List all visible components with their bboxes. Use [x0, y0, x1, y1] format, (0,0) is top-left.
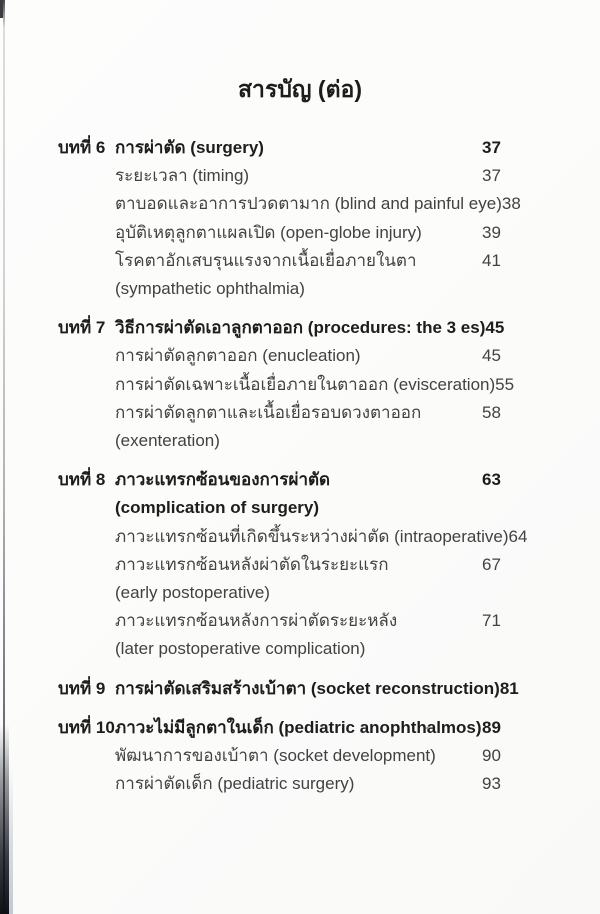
entry-title: อุบัติเหตุลูกตาแผลเปิด (open-globe injur… [115, 219, 482, 247]
page-number: 81 [500, 675, 532, 703]
toc-row: (exenteration) [0, 427, 600, 455]
entry-title: ภาวะแทรกซ้อนของการผ่าตัด [115, 466, 482, 494]
scan-speck [426, 727, 429, 729]
page-number: 38 [502, 190, 534, 218]
page-number: 39 [482, 219, 514, 247]
toc-row: บทที่ 8 ภาวะแทรกซ้อนของการผ่าตัด 63 [0, 466, 600, 494]
entry-title: วิธีการผ่าตัดเอาลูกตาออก (procedures: th… [115, 314, 485, 342]
entry-title: (exenteration) [115, 427, 482, 455]
toc-row: (complication of surgery) [0, 494, 600, 522]
page-number: 89 [482, 714, 514, 742]
toc-row: ระยะเวลา (timing) 37 [0, 162, 600, 190]
page-number: 37 [482, 134, 514, 162]
chapter-label: บทที่ 7 [58, 314, 115, 342]
entry-title: การผ่าตัดเฉพาะเนื้อเยื่อภายในตาออก (evis… [115, 371, 495, 399]
entry-title: การผ่าตัดลูกตาออก (enucleation) [115, 342, 482, 370]
toc-row: การผ่าตัดลูกตาออก (enucleation) 45 [0, 342, 600, 370]
page-number: 67 [482, 551, 514, 579]
toc-row: (early postoperative) [0, 579, 600, 607]
page-number: 93 [482, 770, 514, 798]
page-number: 37 [482, 162, 514, 190]
book-binding-shadow-bottom [0, 724, 9, 914]
entry-title: โรคตาอักเสบรุนแรงจากเนื้อเยื่อภายในตา [115, 247, 482, 275]
scan-speck [417, 688, 420, 690]
chapter-label: บทที่ 8 [58, 466, 115, 494]
chapter-label: บทที่ 6 [58, 134, 115, 162]
entry-title: ภาวะแทรกซ้อนหลังการผ่าตัดระยะหลัง [115, 607, 482, 635]
page-number: 63 [482, 466, 514, 494]
entry-title: ภาวะแทรกซ้อนหลังผ่าตัดในระยะแรก [115, 551, 482, 579]
toc-row: ภาวะแทรกซ้อนหลังการผ่าตัดระยะหลัง 71 [0, 607, 600, 635]
page-number: 45 [485, 314, 517, 342]
toc-row: ภาวะแทรกซ้อนหลังผ่าตัดในระยะแรก 67 [0, 551, 600, 579]
toc-row: บทที่ 10 ภาวะไม่มีลูกตาในเด็ก (pediatric… [0, 714, 600, 742]
toc-row: บทที่ 6 การผ่าตัด (surgery) 37 [0, 134, 600, 162]
entry-title: ตาบอดและอาการปวดตามาก (blind and painful… [115, 190, 502, 218]
page-title: สารบัญ (ต่อ) [0, 0, 600, 104]
table-of-contents: บทที่ 6 การผ่าตัด (surgery) 37 ระยะเวลา … [0, 134, 600, 798]
toc-row: ตาบอดและอาการปวดตามาก (blind and painful… [0, 190, 600, 218]
toc-row: การผ่าตัดลูกตาและเนื้อเยื่อรอบดวงตาออก 5… [0, 399, 600, 427]
entry-title: พัฒนาการของเบ้าตา (socket development) [115, 742, 482, 770]
toc-row: โรคตาอักเสบรุนแรงจากเนื้อเยื่อภายในตา 41 [0, 247, 600, 275]
page-number: 45 [482, 342, 514, 370]
page-number: 64 [508, 523, 540, 551]
entry-title: (early postoperative) [115, 579, 482, 607]
entry-title: ภาวะแทรกซ้อนที่เกิดขึ้นระหว่างผ่าตัด (in… [115, 523, 508, 551]
entry-title: ระยะเวลา (timing) [115, 162, 482, 190]
toc-row: อุบัติเหตุลูกตาแผลเปิด (open-globe injur… [0, 219, 600, 247]
page-number: 58 [482, 399, 514, 427]
toc-row: (sympathetic ophthalmia) [0, 275, 600, 303]
entry-title: การผ่าตัดเสริมสร้างเบ้าตา (socket recons… [115, 675, 500, 703]
entry-title: การผ่าตัดเด็ก (pediatric surgery) [115, 770, 482, 798]
page-number: 71 [482, 607, 514, 635]
entry-title: การผ่าตัด (surgery) [115, 134, 482, 162]
toc-row: บทที่ 9 การผ่าตัดเสริมสร้างเบ้าตา (socke… [0, 675, 600, 703]
toc-row: พัฒนาการของเบ้าตา (socket development) 9… [0, 742, 600, 770]
page-number: 55 [495, 371, 527, 399]
chapter-label: บทที่ 9 [58, 675, 115, 703]
entry-title: (complication of surgery) [115, 494, 482, 522]
toc-row: (later postoperative complication) [0, 635, 600, 663]
entry-title: การผ่าตัดลูกตาและเนื้อเยื่อรอบดวงตาออก [115, 399, 482, 427]
entry-title: (sympathetic ophthalmia) [115, 275, 482, 303]
toc-row: ภาวะแทรกซ้อนที่เกิดขึ้นระหว่างผ่าตัด (in… [0, 523, 600, 551]
toc-row: การผ่าตัดเฉพาะเนื้อเยื่อภายในตาออก (evis… [0, 371, 600, 399]
book-binding-highlight [9, 764, 13, 914]
page-number: 41 [482, 247, 514, 275]
page-number: 90 [482, 742, 514, 770]
toc-row: บทที่ 7 วิธีการผ่าตัดเอาลูกตาออก (proced… [0, 314, 600, 342]
toc-row: การผ่าตัดเด็ก (pediatric surgery) 93 [0, 770, 600, 798]
scanned-book-page: สารบัญ (ต่อ) บทที่ 6 การผ่าตัด (surgery)… [0, 0, 600, 914]
chapter-label: บทที่ 10 [58, 714, 115, 742]
entry-title: (later postoperative complication) [115, 635, 482, 663]
